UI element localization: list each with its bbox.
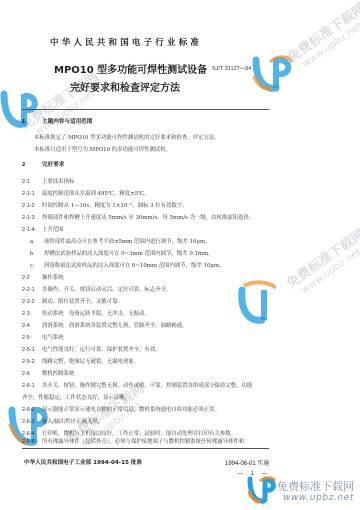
clause: 2-2-1各操作、开关、按钮启动灵活，定位可靠，标志齐全。: [22, 285, 171, 293]
approval-note: 中华人民共和国电子工业部 1994-04-15 批准: [24, 458, 142, 466]
clause-number: 2-1: [22, 179, 42, 185]
item-text: 焊槽法试验样品的浸入深度可在 0~3mm 范围内调节，级差 0.1mm。: [44, 251, 214, 257]
item-text: 润湿称量法试验样品的浸入深度可在 0~10mm 范围内调节，级差 10μm。: [44, 263, 224, 269]
clause-text: 时间控制从 1—10s，精度为 1×10⁻²，圆标 3 位有效数字。: [42, 203, 188, 209]
clause-number: 2-6: [22, 371, 42, 377]
clause: 2-1主要技术指标: [22, 177, 74, 185]
clause-number: 2-1-1: [22, 191, 42, 197]
clause-number: 2-1-3: [22, 215, 42, 221]
clause-number: 2-6-2: [22, 407, 42, 413]
up-logo-icon: [0, 90, 40, 132]
clause: 2-2操作系统: [22, 273, 64, 281]
clause-number: 2-3: [22, 311, 42, 317]
clause-number: 2-6-6: [22, 439, 42, 445]
clause-continuation: 齐全，性能稳定，工作状态良好，显示清晰。: [22, 393, 130, 401]
clause: 2-2-2制动、限位装置齐全、灵敏可靠。: [22, 297, 123, 305]
clause-text: 温度控制范围从室温到 495℃，精度±5℃。: [42, 191, 149, 197]
clause: 2-6-2显示器能正常显示通电自检的正常信息，微机系统通电自检功能必须正常。: [22, 405, 220, 413]
clause-number: 2-5-1: [22, 347, 42, 353]
section-number: 2: [22, 162, 42, 168]
clause-text: 线路完整，绝缘层无破裂，无漏电现象。: [42, 359, 139, 365]
paragraph: 本标准规定了 MPO10 型多功能可焊性测试机的完好要求和检查、评定方法。: [34, 133, 220, 141]
clause-number: 2-1-2: [22, 203, 42, 209]
clause-text: 所有裸露导体件（包括外壳），必须与保护接地端子与微机控制系统任何裸露导体件和: [42, 439, 244, 445]
clause-number: 2-2-1: [22, 287, 42, 293]
clause-number: 2-5: [22, 335, 42, 341]
clause-text: 润滑系统 润滑系统各装置完整无损，管路齐全，油路畅通。: [42, 323, 188, 329]
clause-text: 电气系统: [42, 335, 64, 341]
section-heading: 1主题内容与适用范围: [22, 117, 92, 125]
clause: 2-6-3输入/输出程序正确无误。: [22, 417, 103, 425]
site-name: 免费标准下载网: [277, 478, 354, 494]
clause-text: 操作系统: [42, 275, 64, 281]
implementation-date: 1994-06-01 实施: [225, 458, 269, 467]
clause-number: 2-2-2: [22, 299, 42, 305]
sub-item: b.焊槽法试验样品的浸入深度可在 0~3mm 范围内调节，级差 0.1mm。: [30, 249, 214, 257]
section-heading: 2完好要求: [22, 160, 64, 168]
clause: 2-5电气系统: [22, 333, 64, 341]
watermark-text: 免费标准下载网 www.upbz.net: [282, 224, 360, 301]
clause: 2-3传动系统 设备运转平稳，无冲击，无振动。: [22, 309, 150, 317]
item-letter: b.: [30, 251, 44, 257]
clause-text: 各开关、按钮、操作键完整无损，动作灵敏，可靠，控制装置各组成部分保持完整，功能: [42, 383, 252, 389]
clause-text: 各操作、开关、按钮启动灵活，定位可靠，标志齐全。: [42, 287, 171, 293]
clause: 2-1-3焊锡部件和焊槽上升速度从 5mm/s 至 30mm/s，每 5mm/s…: [22, 213, 254, 221]
standard-number: SJ/T 31127—94: [212, 66, 251, 72]
paragraph: 本标准只适用于型号为 MPO10 的多功能可焊性测试机。: [34, 145, 171, 153]
clause-text: 输入/输出程序正确无误。: [42, 419, 103, 425]
clause: 2-1-1温度控制范围从室温到 495℃，精度±5℃。: [22, 189, 149, 197]
sub-item: c.润湿称量法试验样品的浸入深度可在 0~10mm 范围内调节，级差 10μm。: [30, 261, 224, 269]
section-title: 主题内容与适用范围: [42, 119, 92, 125]
clause-text: 焊锡部件和焊槽上升速度从 5mm/s 至 30mm/s，每 5mm/s 为一级，…: [42, 215, 254, 221]
item-letter: a.: [30, 239, 44, 245]
footer-divider: [22, 448, 269, 449]
up-logo-icon: [247, 475, 277, 505]
clause-number: 2-1-4: [22, 227, 42, 233]
clause-text: 制动、限位装置齐全、灵敏可靠。: [42, 299, 123, 305]
standard-organization: 中华人民共和国电子行业标准: [50, 36, 202, 48]
clause-text: 主要技术指标: [42, 179, 74, 185]
clause: 2-1-2时间控制从 1—10s，精度为 1×10⁻²，圆标 3 位有效数字。: [22, 201, 188, 209]
clause: 2-4润滑系统 润滑系统各装置完整无损，管路齐全，油路畅通。: [22, 321, 188, 329]
clause-number: 2-5-2: [22, 359, 42, 365]
site-url: www.upbz.net: [283, 493, 354, 503]
clause: 2-5-2线路完整，绝缘层无破裂，无漏电现象。: [22, 357, 139, 365]
clause-text: 电气性能良好，运行可靠，保护装置齐全，有效。: [42, 347, 161, 353]
sub-item: a.球焊部件最高点可在参考平面±5mm 范围内进行调节，级差 10μm。: [30, 237, 210, 245]
clause-number: 2-2: [22, 275, 42, 281]
document-title-line1: MPO10 型多功能可焊性测试设备: [54, 61, 207, 76]
clause-text: 微机控制系统: [42, 371, 74, 377]
item-text: 球焊部件最高点可在参考平面±5mm 范围内进行调节，级差 10μm。: [44, 239, 210, 245]
section-title: 完好要求: [42, 162, 64, 168]
clause: 2-6微机控制系统: [22, 369, 74, 377]
clause-text: 显示器能正常显示通电自检的正常信息，微机系统通电自检功能必须正常。: [42, 407, 220, 413]
clause-number: 2-6-3: [22, 419, 42, 425]
clause-text: 传动系统 设备运转平稳，无冲击，无振动。: [42, 311, 150, 317]
clause-text: 上升范围: [42, 227, 64, 233]
header-divider: [22, 109, 269, 110]
up-logo-icon: [236, 280, 276, 330]
clause: 2-1-4上升范围: [22, 225, 64, 233]
clause: 2-5-1电气性能良好，运行可靠，保护装置齐全，有效。: [22, 345, 161, 353]
clause: 2-6-4打印机、微机与主机接口良好，工作正常；试验时，能自动处理并打印有关参数…: [22, 429, 236, 437]
clause-number: 2-4: [22, 323, 42, 329]
section-number: 1: [22, 119, 42, 125]
document-page: 免费标准下载网 www.upbz.net 免费标准下载网 www.upbz.ne…: [0, 0, 360, 510]
clause: 2-6-6所有裸露导体件（包括外壳），必须与保护接地端子与微机控制系统任何裸露导…: [22, 437, 244, 445]
up-logo-icon: [252, 52, 296, 94]
clause-number: 2-6-1: [22, 383, 42, 389]
item-letter: c.: [30, 263, 44, 269]
clause: 2-6-1各开关、按钮、操作键完整无损，动作灵敏，可靠，控制装置各组成部分保持完…: [22, 381, 252, 389]
document-title-line2: 完好要求和检查评定方法: [70, 79, 180, 94]
